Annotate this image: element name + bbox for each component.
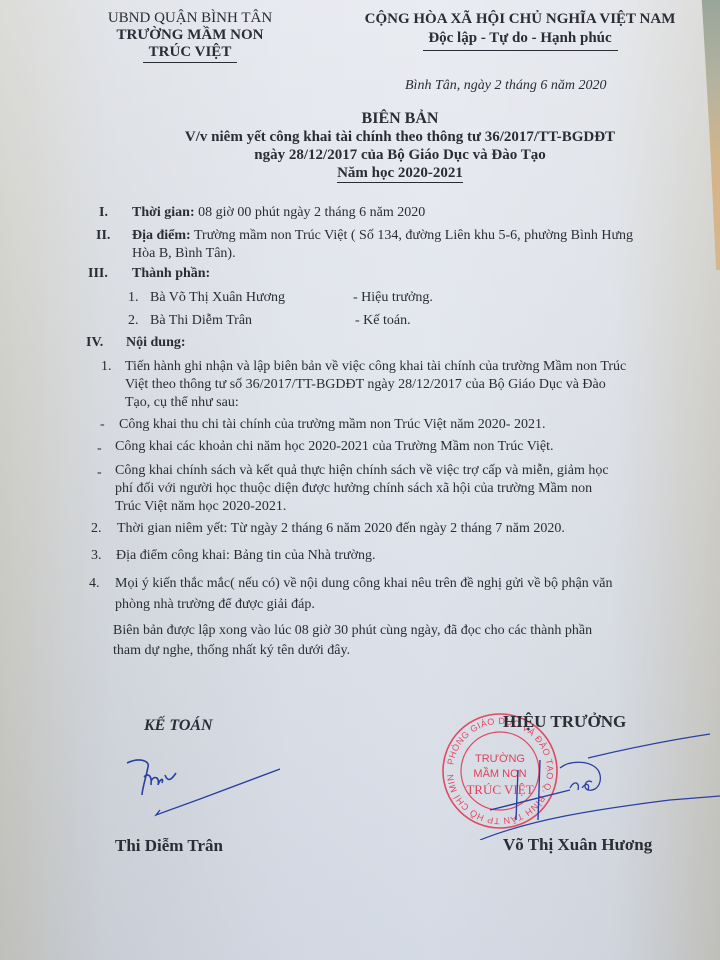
- title-subject-1: V/v niêm yết công khai tài chính theo th…: [160, 128, 640, 146]
- bullet-dash: -: [97, 440, 102, 458]
- accountant-title: KẾ TOÁN: [144, 717, 213, 735]
- section-label: Thời gian:: [132, 205, 195, 220]
- closing-text: Biên bản được lập xong vào lúc 08 giờ 30…: [113, 622, 592, 640]
- section-num: I.: [99, 204, 108, 222]
- accountant-name: Thi Diễm Trân: [115, 836, 223, 856]
- principal-signature: [470, 730, 720, 840]
- bullet-dash: -: [97, 464, 102, 482]
- principal-title: HIỆU TRƯỞNG: [503, 712, 626, 732]
- section-text: 08 giờ 00 phút ngày 2 tháng 6 năm 2020: [195, 205, 426, 220]
- section-num: IV.: [86, 334, 103, 352]
- closing-text: tham dự nghe, thống nhất ký tên dưới đây…: [113, 642, 350, 660]
- member-role: - Hiệu trưởng.: [353, 289, 433, 307]
- section-place: Địa điểm: Trường mầm non Trúc Việt ( Số …: [132, 227, 633, 245]
- content-item-line: Tiến hành ghi nhận và lập biên bản về vi…: [125, 358, 626, 376]
- section-label: Địa điểm:: [132, 228, 191, 243]
- dateline: Bình Tân, ngày 2 tháng 6 năm 2020: [405, 78, 606, 94]
- member-name: Bà Thi Diễm Trân: [150, 312, 252, 330]
- title-subject-2: ngày 28/12/2017 của Bộ Giáo Dục và Đào T…: [160, 146, 640, 164]
- issuer-header: UBND QUẬN BÌNH TÂN TRƯỜNG MẦM NON TRÚC V…: [100, 10, 280, 63]
- section-num: II.: [96, 227, 110, 245]
- background-edge: [694, 0, 720, 270]
- content-item-text: Mọi ý kiến thắc mắc( nếu có) về nội dung…: [115, 575, 612, 593]
- section-label: Thành phần:: [132, 265, 210, 283]
- bullet-line: Công khai chính sách và kết quả thực hiệ…: [115, 462, 609, 480]
- content-item-text: phòng nhà trường để được giải đáp.: [115, 596, 315, 614]
- bullet-line: Công khai các khoản chi năm học 2020-202…: [115, 438, 554, 456]
- section-num: III.: [88, 265, 108, 283]
- document-page: UBND QUẬN BÌNH TÂN TRƯỜNG MẦM NON TRÚC V…: [0, 0, 720, 960]
- issuer-school-name: TRÚC VIỆT: [143, 44, 238, 63]
- document-title: BIÊN BẢN V/v niêm yết công khai tài chín…: [160, 110, 640, 183]
- national-title: CỘNG HÒA XÃ HỘI CHỦ NGHĨA VIỆT NAM: [360, 10, 680, 29]
- member-name: Bà Võ Thị Xuân Hương: [150, 289, 285, 307]
- content-item-text: Địa điểm công khai: Bảng tin của Nhà trư…: [116, 547, 376, 565]
- issuer-district: UBND QUẬN BÌNH TÂN: [100, 10, 280, 27]
- principal-name: Võ Thị Xuân Hương: [503, 835, 652, 855]
- content-item-num: 4.: [89, 575, 100, 593]
- member-num: 1.: [128, 289, 139, 307]
- motto-underline: [423, 50, 618, 51]
- content-item-line: Tạo, cụ thể như sau:: [125, 394, 239, 412]
- accountant-signature: [120, 755, 280, 825]
- bullet-dash: -: [100, 416, 105, 434]
- content-item-text: Thời gian niêm yết: Từ ngày 2 tháng 6 nă…: [117, 520, 565, 538]
- content-item-line: Việt theo thông tư số 36/2017/TT-BGDĐT n…: [125, 376, 606, 394]
- bullet-line: Trúc Việt năm học 2020-2021.: [115, 498, 286, 516]
- section-label: Nội dung:: [126, 334, 186, 352]
- section-time: Thời gian: 08 giờ 00 phút ngày 2 tháng 6…: [132, 204, 425, 222]
- national-motto: Độc lập - Tự do - Hạnh phúc: [360, 29, 680, 48]
- bullet-line: Công khai thu chi tài chính của trường m…: [119, 416, 545, 434]
- content-item-num: 2.: [91, 520, 102, 538]
- section-place-cont: Hòa B, Bình Tân).: [132, 245, 236, 263]
- content-item-num: 1.: [101, 358, 112, 376]
- content-item-num: 3.: [91, 547, 102, 565]
- member-role: - Kế toán.: [355, 312, 411, 330]
- national-header: CỘNG HÒA XÃ HỘI CHỦ NGHĨA VIỆT NAM Độc l…: [360, 10, 680, 51]
- bullet-line: phí đối với người học thuộc diện được hư…: [115, 480, 592, 498]
- issuer-school: TRƯỜNG MẦM NON: [100, 27, 280, 44]
- title-heading: BIÊN BẢN: [160, 110, 640, 128]
- section-text: Trường mầm non Trúc Việt ( Số 134, đường…: [191, 228, 633, 243]
- title-school-year: Năm học 2020-2021: [337, 164, 463, 183]
- member-num: 2.: [128, 312, 139, 330]
